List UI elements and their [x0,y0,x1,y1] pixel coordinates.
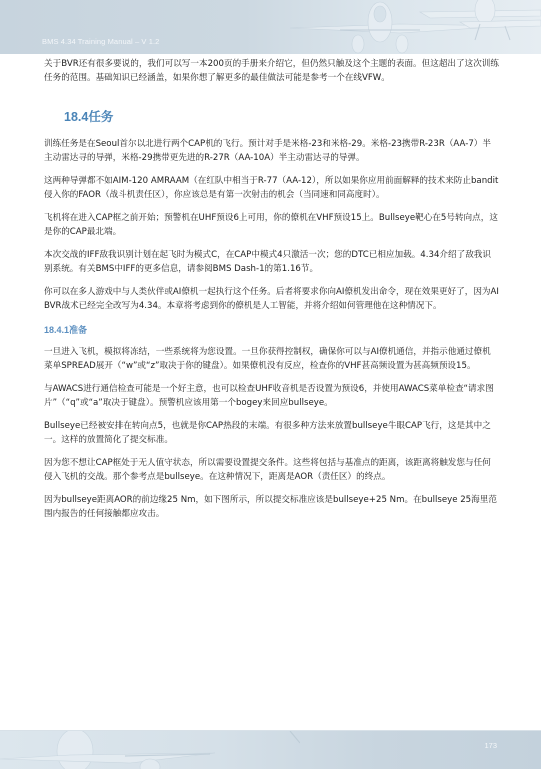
subsection-paragraph: 一旦进入飞机，模拟将冻结，一些系统将为您设置。一旦你获得控制权，确保你可以与AI… [44,346,499,373]
page-number: 173 [484,741,497,750]
subsection-heading: 18.4.1准备 [44,323,499,336]
subsection-paragraph: 与AWACS进行通信检查可能是一个好主意，也可以检查UHF收音机是否设置为预设6… [44,383,499,410]
fighter-jet-banner-image [280,0,541,54]
page-content: 关于BVR还有很多要说的，我们可以写一本200页的手册来介绍它，但仍然只触及这个… [44,58,499,531]
subsection-paragraph: Bullseye已经被安排在转向点5，也就是你CAP热段的末端。有很多种方法来放… [44,420,499,447]
section-paragraph: 你可以在多人游戏中与人类伙伴或AI僚机一起执行这个任务。后者将要求你向AI僚机发… [44,286,499,313]
section-paragraph: 本次交战的IFF敌我识别计划在起飞时为模式C，在CAP中模式4只激活一次；您的D… [44,249,499,276]
manual-title: BMS 4.34 Training Manual – V 1.2 [42,37,159,46]
section-paragraph: 这两种导弹都不如AIM-120 AMRAAM（在红队中相当于R-77（AA-12… [44,175,499,202]
intro-paragraph: 关于BVR还有很多要说的，我们可以写一本200页的手册来介绍它，但仍然只触及这个… [44,58,499,85]
fighter-jet-footer-image [0,731,300,769]
section-paragraph: 训练任务是在Seoul首尔以北进行两个CAP机的飞行。预计对手是米格-23和米格… [44,138,499,165]
page-header: BMS 4.34 Training Manual – V 1.2 [0,0,541,54]
subsection-paragraph: 因为您不想让CAP框处于无人值守状态，所以需要设置提交条件。这些将包括与基准点的… [44,457,499,484]
subsection-paragraph: 因为bullseye距离AOR的前边缘25 Nm，如下图所示，所以提交标准应该是… [44,494,499,521]
section-paragraph: 飞机将在进入CAP框之前开始；预警机在UHF预设6上可用，你的僚机在VHF预设1… [44,212,499,239]
section-heading: 18.4任务 [64,107,499,125]
page-footer: 173 [0,730,541,769]
